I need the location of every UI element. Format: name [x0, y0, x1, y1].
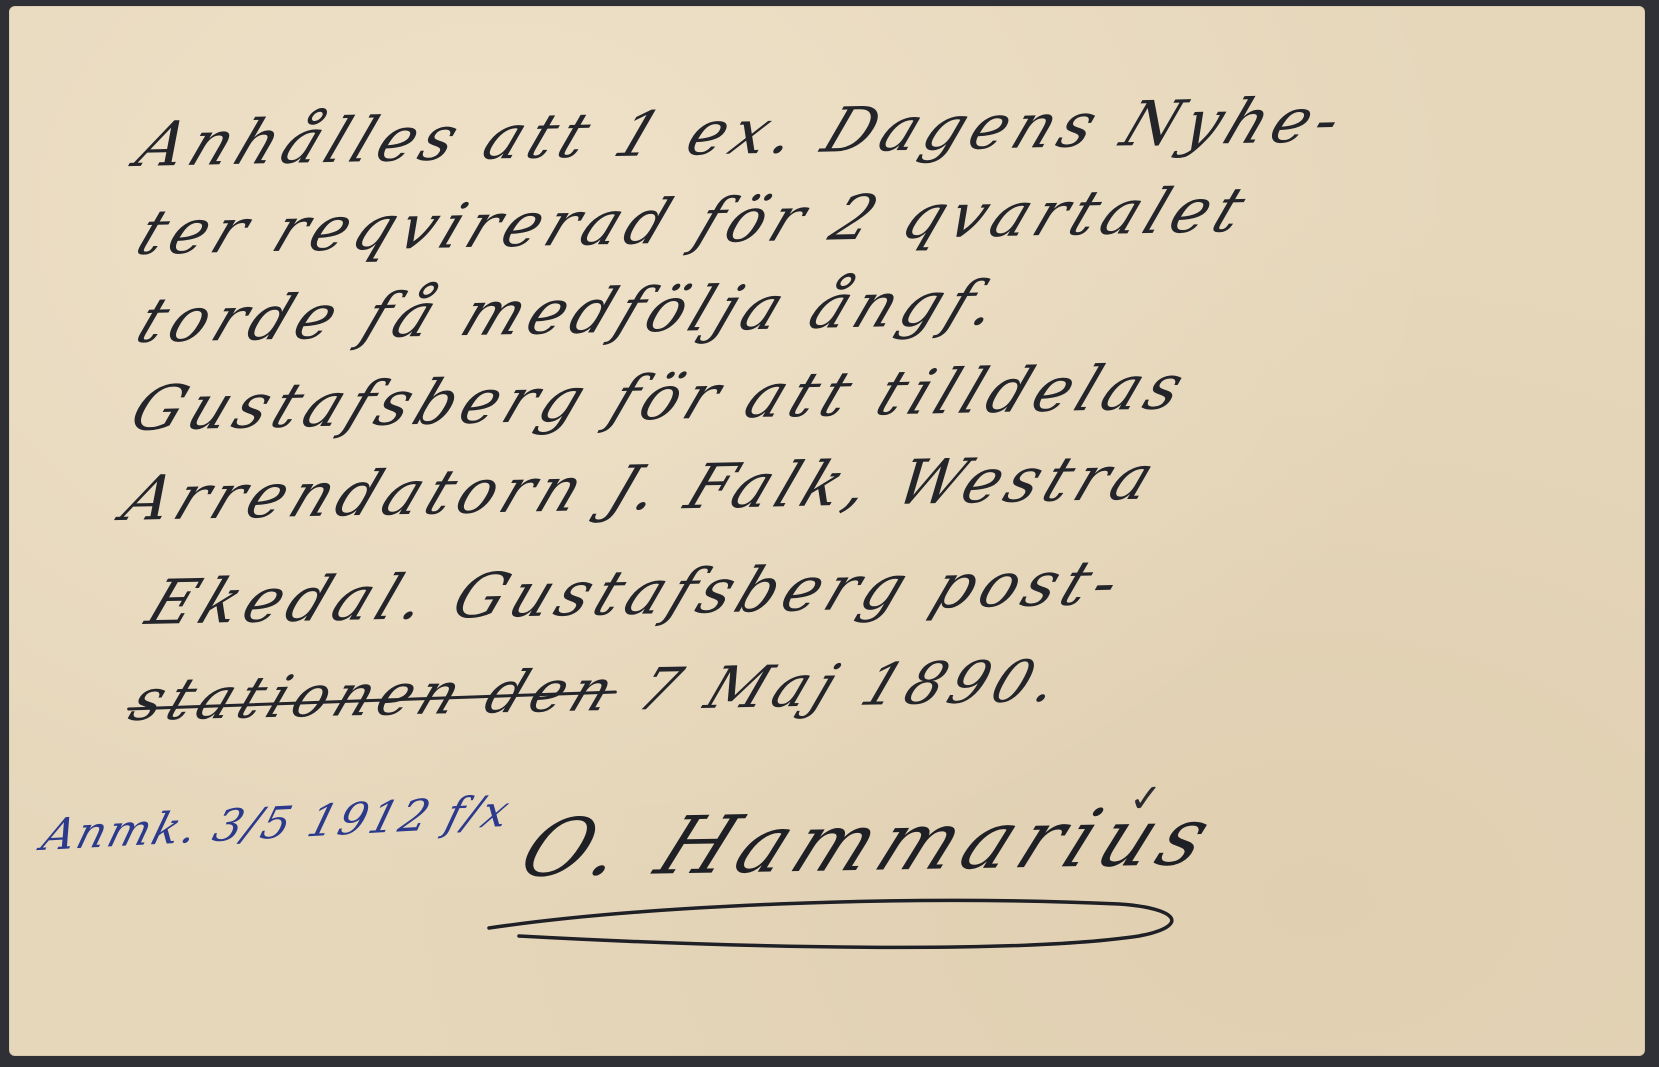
body-line-2: ter reqvirerad för 2 qvartalet	[127, 173, 1262, 269]
postcard: Anhålles att 1 ex. Dagens Nyhe- ter reqv…	[9, 6, 1645, 1056]
body-line-5: Arrendatorn J. Falk, Westra	[113, 441, 1171, 535]
body-line-6: Ekedal. Gustafsberg post-	[137, 546, 1136, 639]
signature-flourish	[479, 866, 1199, 956]
body-line-1: Anhålles att 1 ex. Dagens Nyhe-	[127, 83, 1358, 181]
archive-annotation: Anmk. 3/5 1912 f/x	[36, 786, 516, 861]
scanned-document: Anhålles att 1 ex. Dagens Nyhe- ter reqv…	[0, 0, 1659, 1067]
body-line-3: torde få medfölja ångf.	[127, 266, 1016, 357]
body-line-4: Gustafsberg för att tilldelas	[121, 350, 1200, 445]
check-mark-icon: ✓	[1129, 776, 1163, 822]
